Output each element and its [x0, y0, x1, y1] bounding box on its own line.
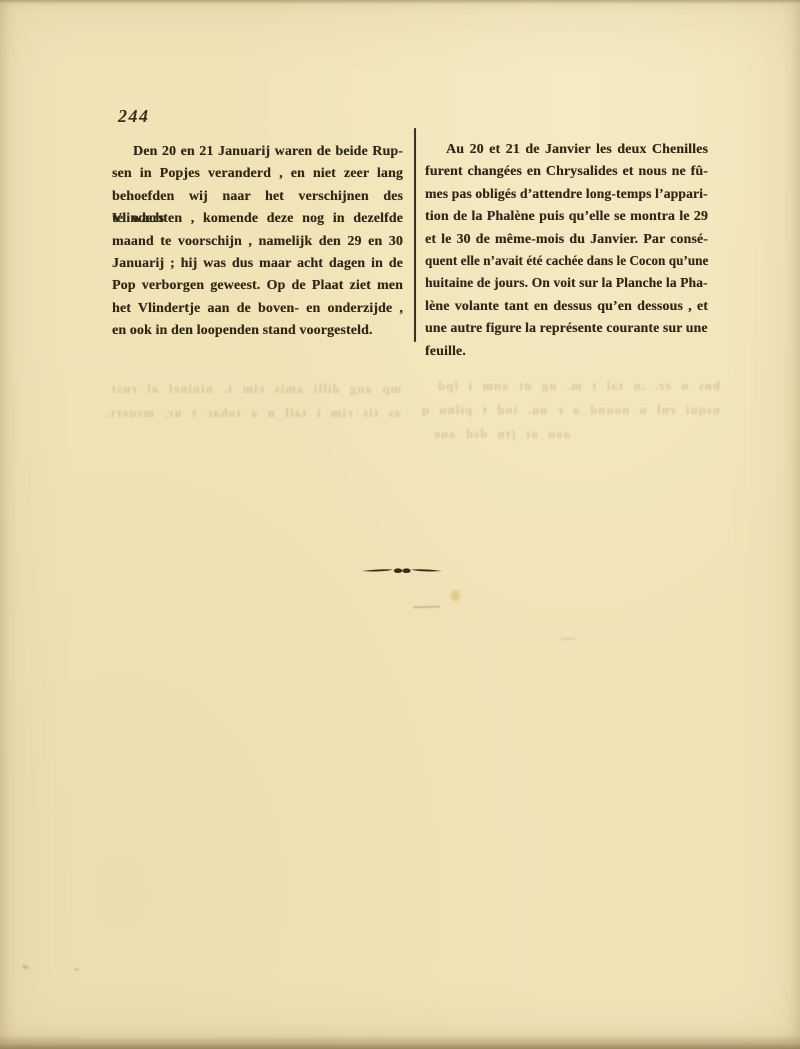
section-divider-ornament [362, 565, 442, 577]
bleedthrough-line: as tis rim i tall n a tohac t ur, msuert… [105, 401, 401, 425]
text-line: furent changées en Chrysalides et nous n… [425, 161, 708, 183]
page-top-edge-shading [0, 0, 800, 4]
text-line: sen in Popjes veranderd , en niet zeer l… [112, 163, 403, 185]
page-number: 244 [118, 106, 150, 127]
bleedthrough-line: bns n er. .n tal t m. ug ut anm i lpd [420, 374, 720, 398]
text-line: feuille. [425, 341, 708, 363]
text-line: lène volante tant en dessus qu’en dessou… [425, 296, 708, 318]
bleedthrough-line: nsqui rnl u nound a r uu. ind t pilnu qn… [420, 398, 720, 422]
text-line: Den 20 en 21 Januarij waren de beide Rup… [112, 141, 403, 163]
paper-speck [451, 590, 460, 601]
text-line: behoefden wij naar het verschijnen des V… [112, 186, 403, 208]
text-line: het Vlindertje aan de boven- en onderzij… [112, 298, 403, 320]
page-bottom-edge-shading [0, 1035, 800, 1049]
text-line: tion de la Phalène puis qu’elle se montr… [425, 206, 708, 228]
text-line: en ook in den loopenden stand voorgestel… [112, 320, 403, 342]
text-line: maand te voorschijn , namelijk den 29 en… [112, 231, 403, 253]
paper-speck [74, 968, 79, 971]
ink-bleedthrough-left: mp ang dilli amis rim t. nininel al rust… [105, 377, 401, 425]
text-line: Au 20 et 21 de Janvier les deux Chenille… [425, 139, 708, 161]
text-line: et le 30 de même-mois du Janvier. Par co… [425, 229, 708, 251]
text-line: quent elle n’avait été cachée dans le Co… [425, 251, 688, 273]
text-line: mes pas obligés d’attendre long-temps l’… [425, 184, 702, 206]
paper-speck [21, 964, 29, 971]
bleedthrough-line: mp ang dilli amis rim t. nininel al rust [105, 377, 401, 401]
text-line: Januarij ; hij was dus maar acht dagen i… [112, 253, 403, 275]
dutch-text-column: Den 20 en 21 Januarij waren de beide Rup… [112, 141, 403, 343]
bleedthrough-line: aon ot (tn dsd ane [420, 422, 570, 446]
french-text-column: Au 20 et 21 de Janvier les deux Chenille… [425, 139, 708, 363]
text-line: te wachten , komende deze nog in dezelfd… [112, 208, 403, 230]
ink-bleedthrough-right: bns n er. .n tal t m. ug ut anm i lpd ns… [420, 374, 720, 446]
text-line: huitaine de jours. On voit sur la Planch… [425, 273, 699, 295]
text-line: Pop verborgen geweest. Op de Plaat ziet … [112, 275, 403, 297]
book-page: 244 Den 20 en 21 Januarij waren de beide… [0, 0, 800, 1049]
paper-speck [413, 606, 440, 609]
paper-speck [560, 637, 576, 640]
text-line: une autre figure la représente courante … [425, 318, 705, 340]
column-divider-rule [414, 128, 416, 342]
